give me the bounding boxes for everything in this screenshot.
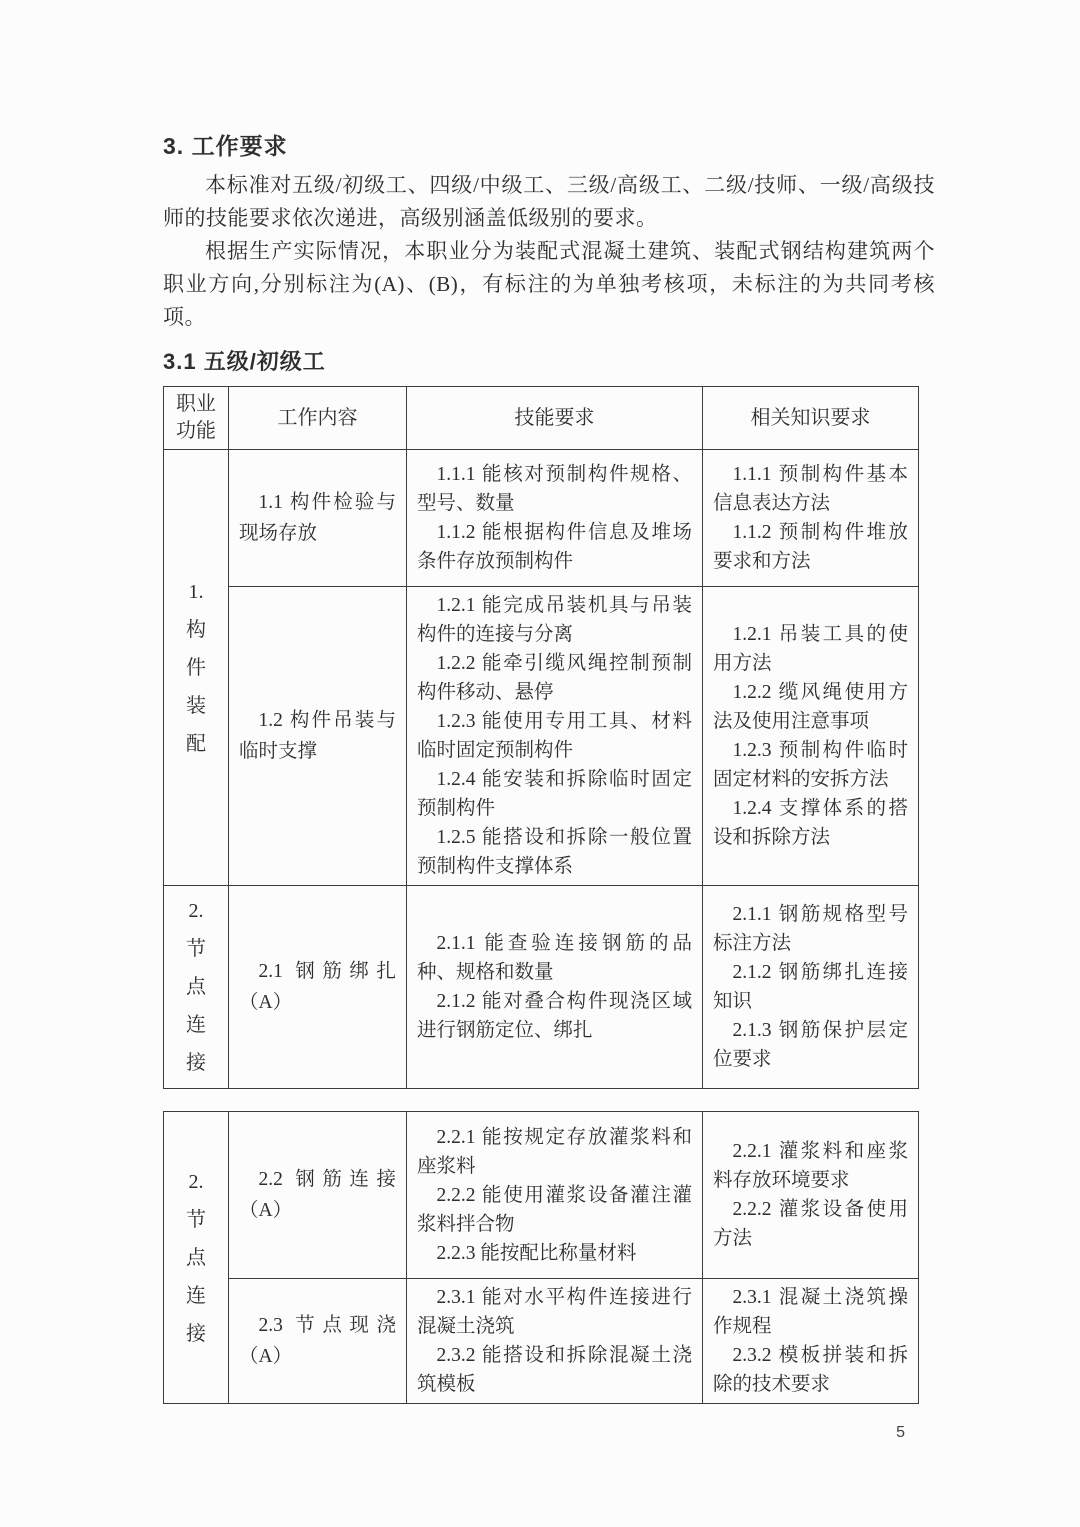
skill-item: 1.2.4 能安装和拆除临时固定预制构件 <box>417 765 692 823</box>
knowledge-item: 1.2.4 支撑体系的搭设和拆除方法 <box>713 794 908 852</box>
work-content-text: 2.2 钢筋连接（A） <box>239 1164 396 1226</box>
skill-requirement-cell: 1.2.1 能完成吊装机具与吊装构件的连接与分离1.2.2 能牵引缆风绳控制预制… <box>407 587 703 886</box>
knowledge-item: 2.2.1 灌浆料和座浆料存放环境要求 <box>713 1137 908 1195</box>
work-content-cell: 1.1 构件检验与现场存放 <box>229 450 407 587</box>
table-row: 2.节点连接2.1 钢筋绑扎（A）2.1.1 能查验连接钢筋的品种、规格和数量2… <box>164 886 919 1089</box>
header-cell-0: 职业功能 <box>164 387 229 450</box>
knowledge-requirement-cell: 1.2.1 吊装工具的使用方法1.2.2 缆风绳使用方法及使用注意事项1.2.3… <box>703 587 919 886</box>
knowledge-item: 1.2.3 预制构件临时固定材料的安拆方法 <box>713 736 908 794</box>
function-char: 节 <box>174 930 218 968</box>
function-char: 2. <box>174 892 218 930</box>
work-content-cell: 2.2 钢筋连接（A） <box>229 1112 407 1279</box>
function-char: 构 <box>174 611 218 649</box>
knowledge-requirement-cell: 2.1.1 钢筋规格型号标注方法2.1.2 钢筋绑扎连接知识2.1.3 钢筋保护… <box>703 886 919 1089</box>
skill-item: 2.2.3 能按配比称量材料 <box>417 1239 692 1268</box>
section-heading: 3. 工作要求 <box>163 128 935 161</box>
skill-item: 2.1.1 能查验连接钢筋的品种、规格和数量 <box>417 929 692 987</box>
function-char: 节 <box>174 1201 218 1239</box>
function-cell: 2.节点连接 <box>164 1112 229 1404</box>
knowledge-item: 2.3.1 混凝土浇筑操作规程 <box>713 1283 908 1341</box>
knowledge-item: 2.1.3 钢筋保护层定位要求 <box>713 1016 908 1074</box>
skill-table-1: 职业功能工作内容技能要求相关知识要求1.构件装配1.1 构件检验与现场存放1.1… <box>163 386 919 1089</box>
subsection-heading: 3.1 五级/初级工 <box>163 345 935 376</box>
knowledge-item: 1.2.2 缆风绳使用方法及使用注意事项 <box>713 678 908 736</box>
work-content-cell: 2.3 节点现浇（A） <box>229 1279 407 1404</box>
skill-item: 2.1.2 能对叠合构件现浇区域进行钢筋定位、绑扎 <box>417 987 692 1045</box>
skill-item: 1.1.2 能根据构件信息及堆场条件存放预制构件 <box>417 518 692 576</box>
work-content-text: 1.1 构件检验与现场存放 <box>239 487 396 549</box>
skill-requirement-cell: 1.1.1 能核对预制构件规格、型号、数量1.1.2 能根据构件信息及堆场条件存… <box>407 450 703 587</box>
skill-item: 1.2.5 能搭设和拆除一般位置预制构件支撑体系 <box>417 823 692 881</box>
table-row: 2.节点连接2.2 钢筋连接（A）2.2.1 能按规定存放灌浆料和座浆料2.2.… <box>164 1112 919 1279</box>
knowledge-item: 2.2.2 灌浆设备使用方法 <box>713 1195 908 1253</box>
skill-item: 1.1.1 能核对预制构件规格、型号、数量 <box>417 460 692 518</box>
knowledge-item: 2.3.2 模板拼装和拆除的技术要求 <box>713 1341 908 1399</box>
work-content-text: 2.3 节点现浇（A） <box>239 1310 396 1372</box>
header-cell-3: 相关知识要求 <box>703 387 919 450</box>
knowledge-item: 2.1.1 钢筋规格型号标注方法 <box>713 900 908 958</box>
function-char: 接 <box>174 1044 218 1082</box>
work-content-cell: 1.2 构件吊装与临时支撑 <box>229 587 407 886</box>
document-page: 3. 工作要求 本标准对五级/初级工、四级/中级工、三级/高级工、二级/技师、一… <box>0 0 1080 1527</box>
table-row: 2.3 节点现浇（A）2.3.1 能对水平构件连接进行混凝土浇筑2.3.2 能搭… <box>164 1279 919 1404</box>
function-cell: 1.构件装配 <box>164 450 229 886</box>
function-char: 点 <box>174 1239 218 1277</box>
skill-item: 1.2.2 能牵引缆风绳控制预制构件移动、悬停 <box>417 649 692 707</box>
function-char: 1. <box>174 573 218 611</box>
intro-paragraph-1: 本标准对五级/初级工、四级/中级工、三级/高级工、二级/技师、一级/高级技师的技… <box>163 169 935 235</box>
knowledge-item: 1.2.1 吊装工具的使用方法 <box>713 620 908 678</box>
skill-item: 2.2.1 能按规定存放灌浆料和座浆料 <box>417 1123 692 1181</box>
function-char: 连 <box>174 1277 218 1315</box>
table-row: 1.构件装配1.1 构件检验与现场存放1.1.1 能核对预制构件规格、型号、数量… <box>164 450 919 587</box>
knowledge-requirement-cell: 1.1.1 预制构件基本信息表达方法1.1.2 预制构件堆放要求和方法 <box>703 450 919 587</box>
skill-requirement-cell: 2.3.1 能对水平构件连接进行混凝土浇筑2.3.2 能搭设和拆除混凝土浇筑模板 <box>407 1279 703 1404</box>
page-content: 3. 工作要求 本标准对五级/初级工、四级/中级工、三级/高级工、二级/技师、一… <box>163 128 935 1426</box>
function-char: 装 <box>174 687 218 725</box>
knowledge-item: 1.1.2 预制构件堆放要求和方法 <box>713 518 908 576</box>
function-cell: 2.节点连接 <box>164 886 229 1089</box>
header-cell-1: 工作内容 <box>229 387 407 450</box>
knowledge-item: 1.1.1 预制构件基本信息表达方法 <box>713 460 908 518</box>
table-header-row: 职业功能工作内容技能要求相关知识要求 <box>164 387 919 450</box>
skill-table-2: 2.节点连接2.2 钢筋连接（A）2.2.1 能按规定存放灌浆料和座浆料2.2.… <box>163 1111 919 1404</box>
skill-requirement-cell: 2.2.1 能按规定存放灌浆料和座浆料2.2.2 能使用灌浆设备灌注灌浆料拌合物… <box>407 1112 703 1279</box>
intro-paragraph-2: 根据生产实际情况，本职业分为装配式混凝土建筑、装配式钢结构建筑两个职业方向,分别… <box>163 235 935 334</box>
function-char: 2. <box>174 1163 218 1201</box>
function-char: 点 <box>174 968 218 1006</box>
header-cell-2: 技能要求 <box>407 387 703 450</box>
knowledge-item: 2.1.2 钢筋绑扎连接知识 <box>713 958 908 1016</box>
skill-item: 1.2.3 能使用专用工具、材料临时固定预制构件 <box>417 707 692 765</box>
function-char: 连 <box>174 1006 218 1044</box>
function-char: 配 <box>174 725 218 763</box>
work-content-cell: 2.1 钢筋绑扎（A） <box>229 886 407 1089</box>
work-content-text: 1.2 构件吊装与临时支撑 <box>239 705 396 767</box>
function-char: 件 <box>174 649 218 687</box>
work-content-text: 2.1 钢筋绑扎（A） <box>239 956 396 1018</box>
knowledge-requirement-cell: 2.2.1 灌浆料和座浆料存放环境要求2.2.2 灌浆设备使用方法 <box>703 1112 919 1279</box>
skill-item: 2.2.2 能使用灌浆设备灌注灌浆料拌合物 <box>417 1181 692 1239</box>
knowledge-requirement-cell: 2.3.1 混凝土浇筑操作规程2.3.2 模板拼装和拆除的技术要求 <box>703 1279 919 1404</box>
function-char: 接 <box>174 1315 218 1353</box>
table-row: 1.2 构件吊装与临时支撑1.2.1 能完成吊装机具与吊装构件的连接与分离1.2… <box>164 587 919 886</box>
skill-item: 1.2.1 能完成吊装机具与吊装构件的连接与分离 <box>417 591 692 649</box>
skill-item: 2.3.1 能对水平构件连接进行混凝土浇筑 <box>417 1283 692 1341</box>
skill-item: 2.3.2 能搭设和拆除混凝土浇筑模板 <box>417 1341 692 1399</box>
page-number: 5 <box>896 1424 905 1442</box>
skill-requirement-cell: 2.1.1 能查验连接钢筋的品种、规格和数量2.1.2 能对叠合构件现浇区域进行… <box>407 886 703 1089</box>
